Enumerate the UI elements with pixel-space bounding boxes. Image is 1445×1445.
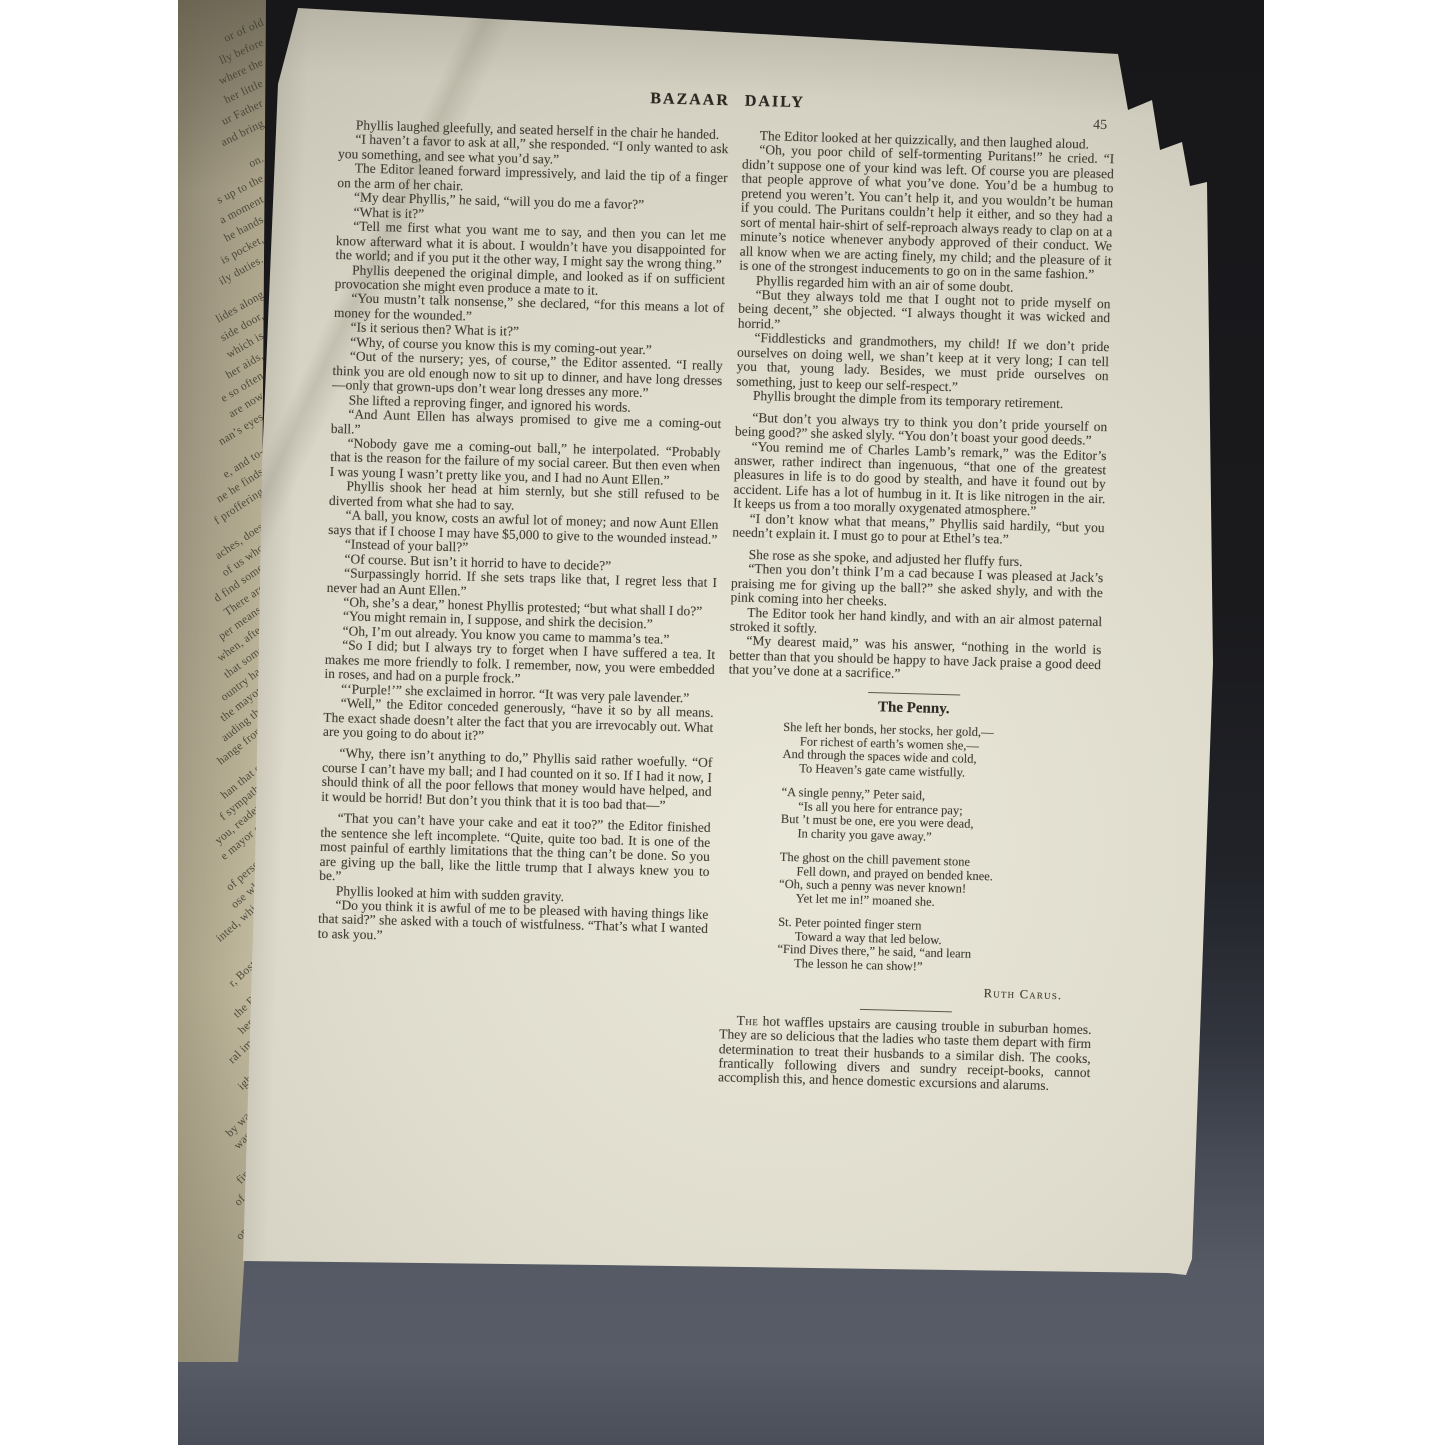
footer-text: hot waffles upstairs are causing trouble… — [718, 1013, 1092, 1093]
poem-stanza: The ghost on the chill pavement stoneFel… — [779, 851, 1096, 913]
page-number: 45 — [1093, 118, 1107, 134]
poem-title: The Penny. — [728, 696, 1100, 720]
product-photo-canvas: or of oldlly beforewhere theher littleur… — [0, 0, 1445, 1445]
section-rule — [868, 692, 960, 695]
story-paragraph: “Well,” the Editor conceded generously, … — [323, 696, 714, 750]
footer-paragraph: The hot waffles upstairs are causing tro… — [718, 1013, 1092, 1095]
printed-content: BAZAAR DAILY 45 Phyllis laughed gleefull… — [314, 82, 1116, 1095]
story-paragraph: “That you can’t have your cake and eat i… — [319, 811, 711, 893]
story-paragraph: “My dearest maid,” was his answer, “noth… — [729, 634, 1102, 687]
poem-stanza: “A single penny,” Peter said,“Is all you… — [780, 786, 1097, 848]
footer-lead-word: The — [736, 1012, 758, 1028]
story-paragraph: “Do you think it is awful of me to be pl… — [318, 898, 709, 952]
text-columns: Phyllis laughed gleefully, and seated he… — [314, 118, 1115, 1095]
story-paragraph: “Oh, you poor child of self-tormenting P… — [739, 143, 1114, 283]
facing-page-text-fragment: on. — [247, 153, 266, 171]
section-rule — [860, 1009, 952, 1012]
book-photo: or of oldlly beforewhere theher littleur… — [178, 0, 1264, 1445]
poem-author: Ruth Carus. — [720, 979, 1092, 1003]
right-column: The Editor looked at her quizzically, an… — [718, 129, 1115, 1095]
left-column: Phyllis laughed gleefully, and seated he… — [314, 118, 729, 1085]
magazine-page: BAZAAR DAILY 45 Phyllis laughed gleefull… — [240, 0, 1216, 1280]
poem-stanza: She left her bonds, her stocks, her gold… — [782, 721, 1099, 783]
facing-page-text-fragment: nan’s eyes — [217, 411, 266, 448]
page-title: BAZAAR DAILY — [650, 90, 805, 111]
story-paragraph: “You remind me of Charles Lamb’s remark,… — [733, 439, 1107, 521]
poem-stanza: St. Peter pointed finger sternToward a w… — [777, 916, 1094, 978]
poem-body: She left her bonds, her stocks, her gold… — [721, 720, 1099, 979]
story-paragraph: “Why, there isn’t anything to do,” Phyll… — [321, 746, 712, 814]
